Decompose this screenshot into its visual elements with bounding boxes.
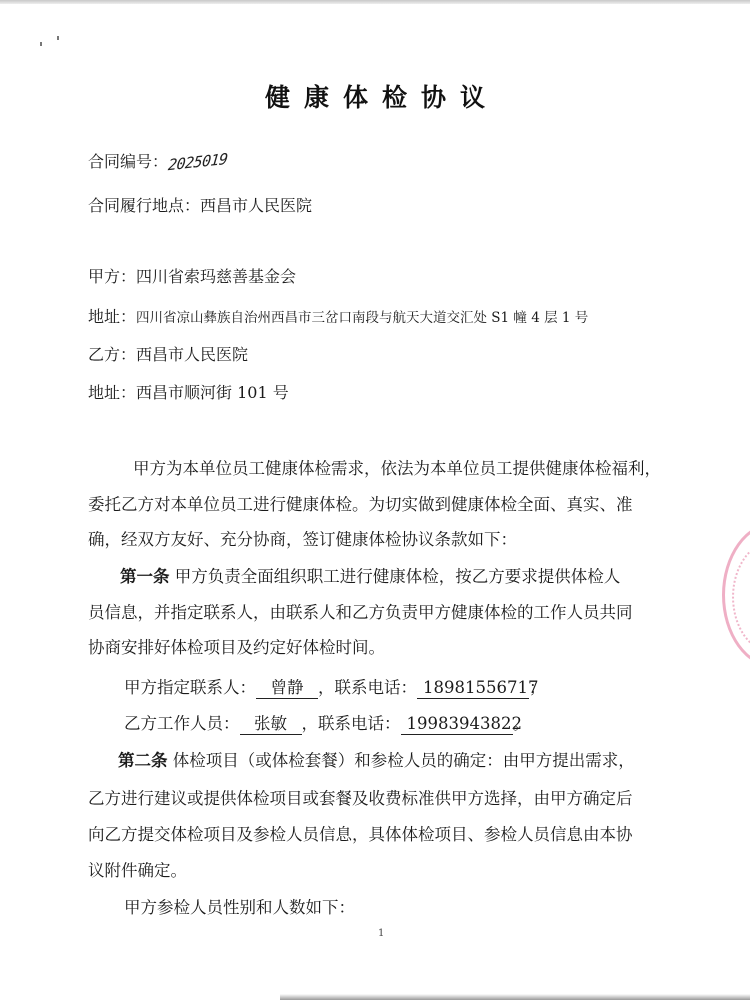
article-2-text: 体检项目（或体检套餐）和参检人员的确定：由甲方提出需求， (168, 751, 635, 770)
venue-label: 合同履行地点： (88, 196, 200, 215)
preamble-line-1: 甲方为本单位员工健康体检需求，依法为本单位员工提供健康体检福利， (100, 459, 733, 479)
article-2-line-3: 向乙方提交体检项目及参检人员信息，具体体检项目、参检人员信息由本协 (88, 825, 688, 845)
participants-line: 甲方参检人员性别和人数如下： (124, 898, 724, 918)
article-1-line-2: 员信息，并指定联系人，由联系人和乙方负责甲方健康体检的工作人员共同 (88, 603, 688, 623)
punctuation: ； (529, 678, 546, 697)
contract-number-handwritten: 2025019 (167, 149, 229, 176)
party-b-address: 西昌市顺河街 101 号 (136, 383, 289, 402)
party-a-contact-phone: 18981556717 (417, 678, 529, 699)
venue-value: 西昌市人民医院 (200, 196, 312, 215)
article-2-line-4: 议附件确定。 (88, 861, 688, 881)
page-number: 1 (378, 928, 384, 939)
party-a-phone-label: ，联系电话： (318, 678, 417, 697)
party-a-name: 四川省索玛慈善基金会 (136, 267, 296, 286)
article-1-line-3: 协商安排好体检项目及约定好体检时间。 (88, 638, 688, 658)
party-b-label: 乙方： (88, 345, 136, 364)
party-a-address: 四川省凉山彝族自治州西昌市三岔口南段与航天大道交汇处 S1 幢 4 层 1 号 (136, 310, 588, 326)
party-a-contact-name: 曾静 (256, 678, 318, 699)
party-a-address-row: 地址：四川省凉山彝族自治州西昌市三岔口南段与航天大道交汇处 S1 幢 4 层 1… (88, 307, 588, 328)
contract-number-row: 合同编号：2025019 (88, 152, 228, 172)
article-1-heading: 第一条 (120, 567, 170, 586)
party-b-address-row: 地址：西昌市顺河街 101 号 (88, 383, 289, 403)
article-1-line-1: 第一条 甲方负责全面组织职工进行健康体检，按乙方要求提供体检人 (120, 567, 720, 587)
scan-top-edge (0, 0, 750, 4)
party-b-contact-phone: 19983943822 (401, 714, 513, 735)
preamble-line-2: 委托乙方对本单位员工进行健康体检。为切实做到健康体检全面、真实、准 (88, 495, 688, 515)
party-b-contact-label: 乙方工作人员： (124, 714, 240, 733)
scan-speck (40, 42, 42, 46)
party-b-phone-label: ，联系电话： (302, 714, 401, 733)
party-b-name: 西昌市人民医院 (136, 345, 248, 364)
scan-bottom-edge (280, 994, 750, 1000)
page-title: 健康体检协议 (0, 78, 750, 114)
contract-number-label: 合同编号： (88, 152, 168, 171)
party-b-row: 乙方：西昌市人民医院 (88, 345, 248, 365)
party-a-label: 甲方： (88, 267, 136, 286)
party-a-address-label: 地址： (88, 307, 136, 326)
article-2-heading: 第二条 (118, 751, 168, 770)
article-2-line-2: 乙方进行建议或提供体检项目或套餐及收费标准供甲方选择，由甲方确定后 (88, 789, 688, 809)
preamble-line-3: 确，经双方友好、充分协商，签订健康体检协议条款如下： (88, 530, 688, 550)
party-b-contact-row: 乙方工作人员：张敏，联系电话：19983943822。 (124, 714, 724, 735)
article-1-text: 甲方负责全面组织职工进行健康体检，按乙方要求提供体检人 (170, 567, 621, 586)
scan-speck (57, 36, 59, 40)
punctuation: 。 (513, 714, 530, 733)
party-b-address-label: 地址： (88, 383, 136, 402)
article-2-line-1: 第二条 体检项目（或体检套餐）和参检人员的确定：由甲方提出需求， (118, 751, 718, 771)
party-a-row: 甲方：四川省索玛慈善基金会 (88, 267, 296, 287)
party-a-contact-label: 甲方指定联系人： (124, 678, 256, 697)
party-b-contact-name: 张敏 (240, 714, 302, 735)
party-a-contact-row: 甲方指定联系人：曾静，联系电话：18981556717； (124, 678, 724, 699)
venue-row: 合同履行地点：西昌市人民医院 (88, 196, 312, 216)
